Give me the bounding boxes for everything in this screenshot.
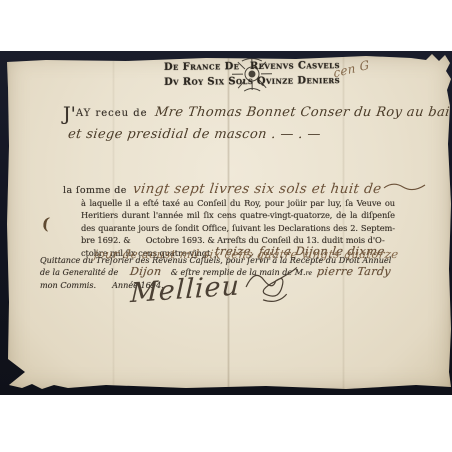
fiscal-stamp: De France De Revenvs Casvels Dv Roy Six … (164, 58, 340, 90)
sum-handwritten: vingt sept livres six sols et huit de (132, 181, 382, 197)
stamp-text: Revenvs Casvels (250, 58, 340, 74)
paragraph-line: Heritiers durant l'année mil ſix cens qu… (81, 209, 395, 221)
sum-label: la ſomme de (63, 185, 127, 196)
margin-mark: ( (41, 214, 51, 234)
document-photo: De France De Revenvs Casvels Dv Roy Six … (0, 51, 452, 395)
payer-handwritten: Mre Thomas Bonnet Conser du Roy au baill… (154, 105, 452, 120)
commis-name: pierre Tardy (316, 266, 391, 277)
stamp-line-2: Dv Roy Six Sols Qvinze Deniers (164, 73, 340, 90)
opening-text: AY receu de (76, 108, 148, 119)
sum-line: la ſomme de vingt sept livres six sols e… (63, 173, 427, 197)
printed-opening: J'AY receu de (63, 108, 148, 119)
stamp-text: Qvinze Deniers (257, 73, 340, 89)
opening-line: J'AY receu de Mre Thomas Bonnet Conser d… (63, 105, 452, 120)
drop-cap: J' (63, 103, 76, 125)
commis-label: mon Commis. (40, 280, 96, 291)
stamp-text: De France De (164, 59, 240, 75)
signature-paraph-icon (241, 263, 306, 309)
payer-handwritten-line2: et siege presidial de mascon . — . — (67, 127, 322, 142)
generalite-label: de la Generalité de (40, 267, 118, 278)
paper: De France De Revenvs Casvels Dv Roy Six … (6, 54, 452, 391)
signature-name: Mellieu (130, 270, 241, 309)
superscript: re (306, 268, 312, 279)
ink-flourish-icon (383, 179, 427, 193)
paragraph-line: à laquelle il a eſté taxé au Conſeil du … (81, 197, 395, 209)
stamp-text: Dv Roy Six Sols (164, 74, 253, 90)
paragraph-line: des quarante jours de ſondit Office, ſui… (81, 222, 395, 234)
